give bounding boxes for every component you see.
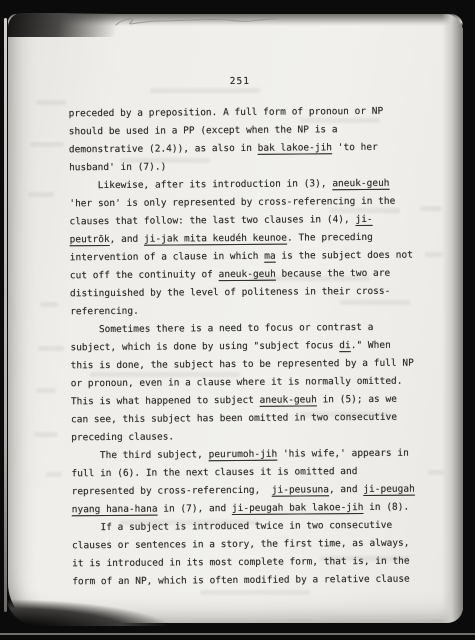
bottom-edge-line: [0, 633, 475, 635]
text-segment: 'her son' is only represented by cross-r…: [69, 196, 395, 210]
underlined-term: aneuk-geuh: [260, 394, 317, 405]
page-content: 251 preceded by a preposition. A full fo…: [6, 12, 466, 625]
text-segment: represented by cross-referencing,: [72, 485, 272, 498]
text-segment: demonstrative (2.4)), as also in: [69, 143, 258, 155]
book-page: 251 preceded by a preposition. A full fo…: [8, 14, 463, 623]
text-line: demonstrative (2.4)), as also in bak lak…: [69, 139, 421, 160]
underlined-term: aneuk-geuh: [332, 178, 389, 189]
text-segment: is the subject does not: [276, 250, 413, 262]
text-segment: distinguished by the level of politeness…: [70, 286, 390, 300]
paragraph: Sometimes there is a need to focus or co…: [70, 319, 423, 448]
page-number: 251: [68, 75, 411, 89]
text-segment: it is introduced in its most complete fo…: [72, 556, 410, 570]
scanned-book-photo: 251 preceded by a preposition. A full fo…: [0, 0, 475, 640]
underlined-term: ji-jak mita keudéh keunoe: [144, 233, 287, 245]
underlined-term: ma: [264, 251, 276, 262]
text-segment: this is done, the subject has to be repr…: [71, 358, 414, 372]
corner-shadow-bottom-left: [6, 592, 166, 626]
text-segment: , and: [329, 484, 363, 495]
paragraph: The third subject, peurumoh-jih 'his wif…: [71, 445, 424, 520]
text-segment: clauses that follow: the last two clause…: [69, 214, 355, 227]
text-segment: clauses or sentences in a story, the fir…: [72, 538, 410, 552]
text-line: form of an NP, which is often modified b…: [72, 571, 424, 592]
text-segment: because the two are: [276, 268, 390, 280]
text-segment: 'his wife,' appears in: [277, 448, 409, 460]
text-segment: in (8).: [363, 502, 409, 513]
text-segment: should be used in a PP (except when the …: [69, 124, 338, 137]
text-segment: cut off the continuity of: [70, 269, 219, 281]
underlined-term: nyang hana-hana: [72, 504, 158, 516]
text-segment: full in (6). In the next clauses it is o…: [71, 466, 357, 479]
text-segment: Sometimes there is a need to focus or co…: [70, 322, 373, 335]
text-segment: husband' in (7).): [69, 162, 166, 174]
underlined-term: ji-peugah bak lakoe-jih: [232, 502, 364, 514]
paragraph: preceded by a preposition. A full form o…: [69, 103, 422, 178]
text-line: can see, this subject has been omitted i…: [71, 409, 423, 430]
text-line: The third subject, peurumoh-jih 'his wif…: [71, 445, 423, 466]
text-segment: The third subject,: [71, 449, 208, 461]
pencil-scribble-mark: [110, 14, 290, 32]
text-segment: in (7), and: [157, 503, 231, 515]
text-line: preceded by a preposition. A full form o…: [69, 103, 421, 124]
text-segment: . The preceding: [287, 232, 373, 244]
text-segment: , and: [110, 234, 144, 245]
text-segment: This is what happened to subject: [71, 395, 260, 407]
text-segment: can see, this subject has been omitted i…: [71, 412, 397, 426]
text-segment: intervention of a clause in which: [70, 251, 265, 264]
underlined-term: ji-peusuna: [272, 484, 329, 495]
text-segment: Likewise, after its introduction in (3),: [69, 178, 332, 191]
text-segment: preceded by a preposition. A full form o…: [69, 106, 384, 119]
underlined-term: bak lakoe-jih: [258, 142, 332, 154]
underlined-term: aneuk-geuh: [219, 269, 276, 280]
text-segment: If a subject is introduced twice in two …: [72, 520, 392, 534]
text-segment: referencing.: [70, 306, 139, 318]
paragraph: If a subject is introduced twice in two …: [72, 517, 425, 592]
text-segment: subject, which is done by using "subject…: [70, 340, 339, 353]
text-segment: form of an NP, which is often modified b…: [72, 574, 410, 588]
underlined-term: ji-peugah: [363, 484, 415, 495]
text-segment: 'to her: [332, 142, 378, 153]
body-text: preceded by a preposition. A full form o…: [69, 103, 425, 592]
underlined-term: di: [339, 340, 351, 351]
text-segment: or pronoun, even in a clause where it is…: [71, 376, 403, 390]
text-segment: preceding clauses.: [71, 431, 174, 443]
underlined-term: peutrōk: [70, 234, 110, 245]
text-segment: ." When: [351, 340, 391, 351]
underlined-term: ji-: [355, 214, 372, 225]
paragraph: Likewise, after its introduction in (3),…: [69, 175, 422, 322]
text-segment: in (5); as we: [317, 394, 397, 406]
text-line: distinguished by the level of politeness…: [70, 283, 422, 304]
underlined-term: peurumoh-jih: [209, 449, 278, 461]
